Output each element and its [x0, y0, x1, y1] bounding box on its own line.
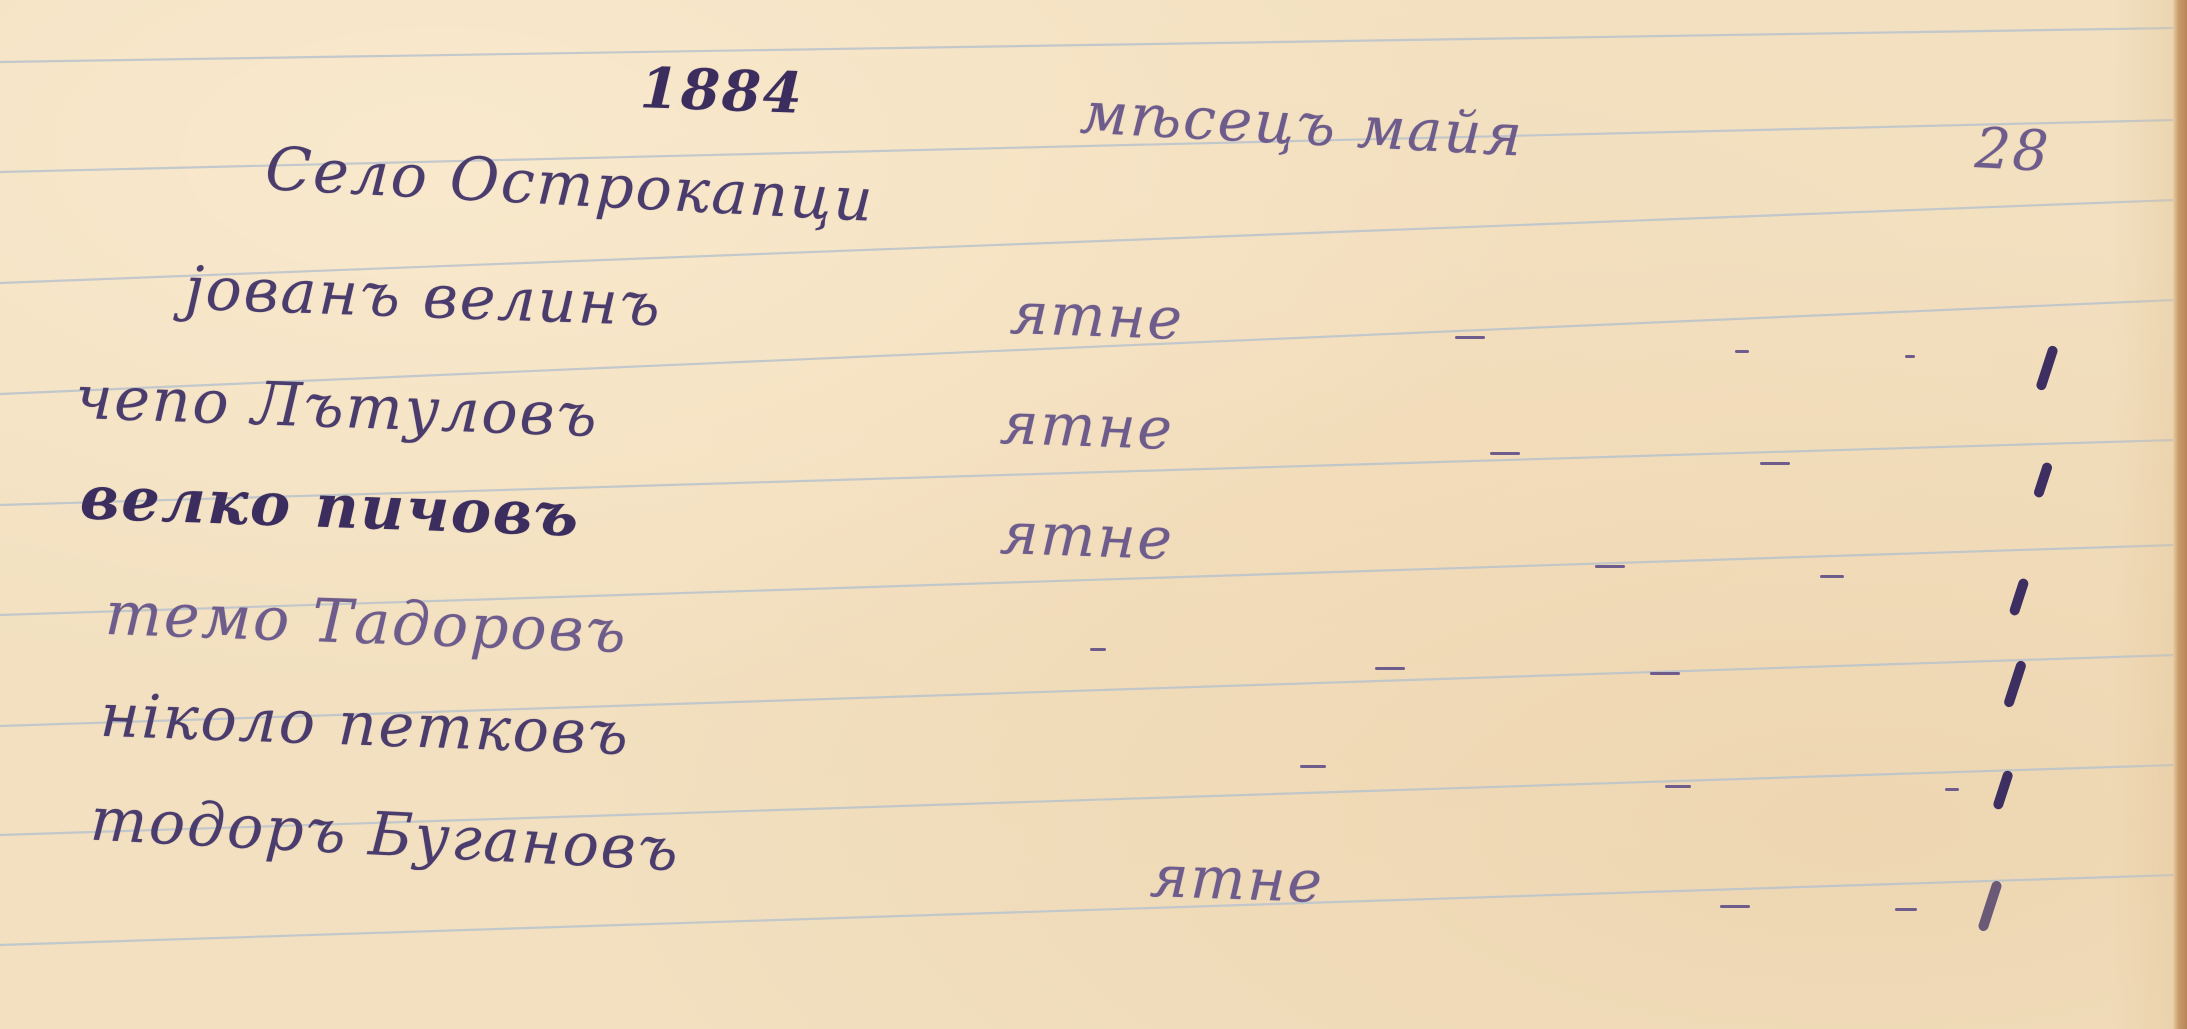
leader-dash — [1665, 785, 1691, 788]
leader-dash — [1895, 908, 1917, 911]
header-day: 28 — [1973, 116, 2052, 185]
leader-dash — [1455, 336, 1485, 339]
leader-dash — [1650, 672, 1680, 675]
leader-dash — [1945, 788, 1959, 791]
page-shadow — [2113, 0, 2173, 1029]
leader-dash — [1595, 565, 1625, 568]
leader-dash — [1720, 905, 1750, 908]
leader-dash — [1300, 765, 1326, 768]
entry-note: ятне — [999, 389, 1175, 463]
leader-dash — [1735, 350, 1749, 353]
leader-dash — [1905, 355, 1915, 358]
entry-note: ятне — [1149, 842, 1325, 916]
entry-note: ятне — [1009, 279, 1185, 353]
entry-note: ятне — [999, 499, 1175, 573]
header-year: 1884 — [639, 55, 805, 127]
leader-dash — [1820, 575, 1844, 578]
leader-dash — [1375, 667, 1405, 670]
leader-dash — [1090, 648, 1106, 651]
ledger-page: 1884 мѣсецъ майя 28 Село Острокапци jова… — [0, 0, 2187, 1029]
page-edge — [2173, 0, 2187, 1029]
leader-dash — [1760, 462, 1790, 465]
leader-dash — [1490, 452, 1520, 455]
